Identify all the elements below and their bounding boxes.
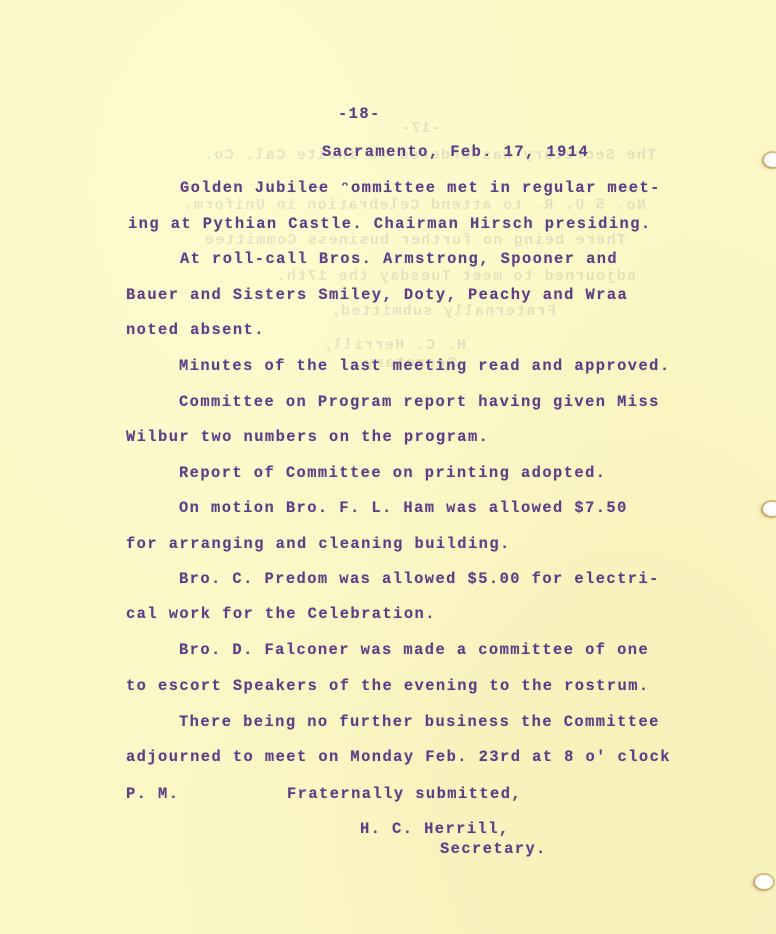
hole-punch <box>763 502 776 516</box>
text-line: At roll-call Bros. Armstrong, Spooner an… <box>180 250 618 268</box>
bleed-line: No. 5 U. R. to attend Celebration in Uni… <box>182 197 646 214</box>
bleed-line: There being no further business Committe… <box>204 232 626 249</box>
hole-punch <box>755 875 773 889</box>
text-line: Bro. C. Predom was allowed $5.00 for ele… <box>179 570 660 588</box>
text-line: On motion Bro. F. L. Ham was allowed $7.… <box>179 499 628 517</box>
text-line: Bro. D. Falconer was made a committee of… <box>179 641 649 659</box>
bleed-line: adjourned to meet Tuesday the 17th. <box>275 268 636 285</box>
bleed-line: H. C. Herrill, <box>322 337 466 354</box>
page-number: -18- <box>338 105 381 123</box>
text-line: to escort Speakers of the evening to the… <box>126 677 650 695</box>
text-line: Report of Committee on printing adopted. <box>179 464 606 482</box>
text-line: for arranging and cleaning building. <box>126 535 511 553</box>
text-line: adjourned to meet on Monday Feb. 23rd at… <box>126 748 671 766</box>
text-line: Secretary. <box>440 840 547 858</box>
text-line: cal work for the Celebration. <box>126 605 436 623</box>
text-line: H. C. Herrill, <box>360 820 510 838</box>
dateline: Sacramento, Feb. 17, 1914 <box>322 143 589 161</box>
text-line: ing at Pythian Castle. Chairman Hirsch p… <box>128 215 652 233</box>
text-line: Minutes of the last meeting read and app… <box>179 357 671 375</box>
text-line: Golden Jubilee ᵔommittee met in regular … <box>180 179 661 197</box>
bleed-page-number: -17- <box>400 120 441 137</box>
text-line: P. M. <box>126 785 179 803</box>
hole-punch <box>764 153 776 167</box>
text-line: noted absent. <box>126 321 265 339</box>
text-line: Wilbur two numbers on the program. <box>126 428 489 446</box>
document-page: -17- The Secretary was ordered to invite… <box>0 0 776 934</box>
text-line: Bauer and Sisters Smiley, Doty, Peachy a… <box>126 286 628 304</box>
text-line: There being no further business the Comm… <box>179 713 660 731</box>
text-line: Fraternally submitted, <box>287 785 522 803</box>
text-line: Committee on Program report having given… <box>179 393 660 411</box>
bleed-line: Fraternally submitted, <box>329 303 556 320</box>
